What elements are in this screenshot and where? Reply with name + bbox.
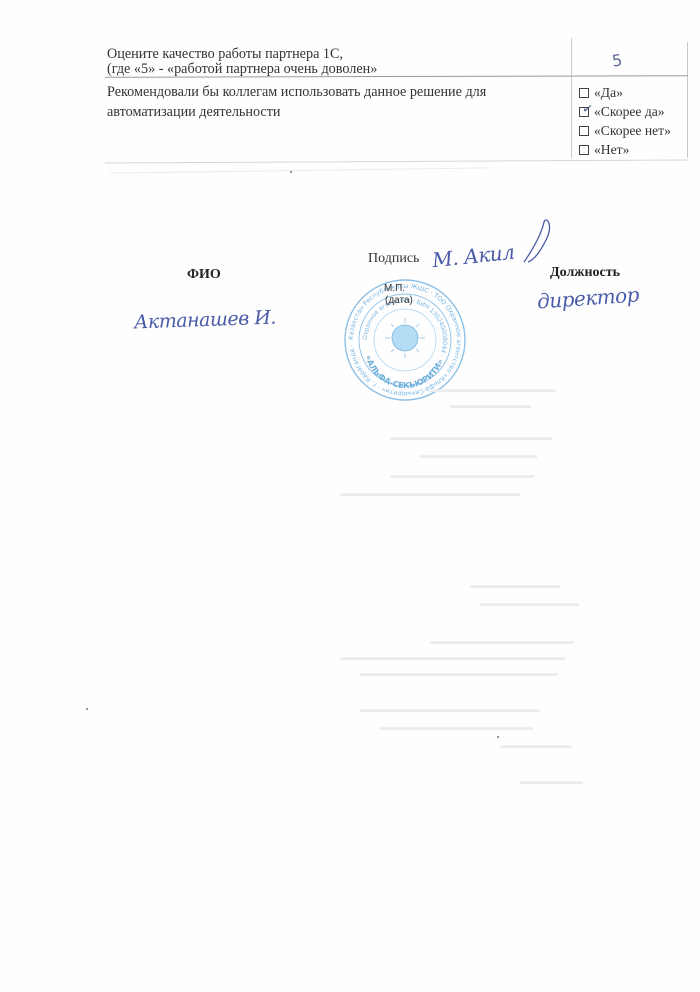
option-rather-no-label: «Скорее нет» — [594, 123, 671, 139]
fio-handwritten: Актанашев И. — [134, 307, 277, 334]
signature-label: Подпись — [368, 251, 419, 267]
show-through-text: ▬▬▬▬▬▬▬▬▬▬▬▬▬▬▬▬▬▬▬▬▬▬ — [360, 668, 558, 678]
option-rather-yes[interactable]: ✓ «Скорее да» — [579, 104, 665, 120]
fio-label: ФИО — [187, 267, 221, 283]
option-yes[interactable]: «Да» — [579, 85, 623, 101]
table-bottom-border — [105, 159, 688, 163]
show-through-text: ▬▬▬▬▬▬▬▬▬▬▬ — [480, 598, 579, 608]
show-through-text: ▬▬▬▬▬▬▬▬▬▬▬▬▬▬▬▬▬▬▬▬▬▬▬▬▬ — [340, 652, 565, 662]
quality-rating-handwritten: 5 — [611, 50, 624, 70]
show-through-text: ▬▬▬▬▬▬▬▬▬▬ — [470, 580, 560, 590]
checkbox-icon[interactable] — [579, 88, 589, 98]
option-no-label: «Нет» — [594, 142, 629, 158]
signature-handwritten: М. Акил — [431, 240, 515, 272]
table-column-divider — [571, 38, 572, 158]
checkbox-icon[interactable] — [579, 145, 589, 155]
table-right-border — [687, 42, 688, 158]
show-through-text: ▬▬▬▬▬▬▬▬ — [500, 740, 572, 750]
scan-speck — [290, 171, 292, 173]
show-through-text: ▬▬▬▬▬▬▬▬▬▬▬▬▬▬▬▬▬▬ — [390, 432, 552, 442]
scanned-document-page: Оцените качество работы партнера 1С, (гд… — [0, 0, 700, 992]
check-mark-icon: ✓ — [581, 101, 595, 119]
show-through-text: ▬▬▬▬▬▬▬▬▬▬▬▬▬▬ — [430, 384, 556, 394]
checkbox-checked-icon[interactable]: ✓ — [579, 107, 589, 117]
scan-speck — [86, 708, 88, 710]
show-through-text: ▬▬▬▬▬▬▬▬▬▬▬▬▬▬▬▬▬▬▬▬ — [360, 704, 540, 714]
option-rather-yes-label: «Скорее да» — [594, 104, 665, 120]
scan-speck — [497, 736, 499, 738]
option-rather-no[interactable]: «Скорее нет» — [579, 123, 671, 139]
show-through-text: ▬▬▬▬▬▬▬▬▬▬▬▬▬ — [420, 450, 537, 460]
option-yes-label: «Да» — [594, 85, 623, 101]
option-no[interactable]: «Нет» — [579, 142, 629, 158]
faint-scan-line — [110, 167, 490, 173]
position-label: Должность — [550, 265, 620, 281]
show-through-text: ▬▬▬▬▬▬▬▬▬▬▬▬▬▬▬▬▬▬▬▬ — [340, 488, 520, 498]
signature-flourish-icon — [520, 218, 556, 266]
checkbox-icon[interactable] — [579, 126, 589, 136]
position-handwritten: директор — [536, 282, 639, 313]
question-recommend-line-2: автоматизации деятельности — [107, 104, 281, 121]
show-through-text: ▬▬▬▬▬▬▬▬▬▬▬▬▬▬▬▬ — [430, 636, 574, 646]
show-through-text: ▬▬▬▬▬▬▬▬▬▬▬▬▬▬▬▬ — [390, 470, 534, 480]
show-through-text: ▬▬▬▬▬▬▬ — [520, 776, 583, 786]
show-through-text: ▬▬▬▬▬▬▬▬▬ — [450, 400, 531, 410]
show-through-text: ▬▬▬▬▬▬▬▬▬▬▬▬▬▬▬▬▬ — [380, 722, 533, 732]
date-label: (дата) — [385, 295, 413, 306]
question-recommend-line-1: Рекомендовали бы коллегам использовать д… — [107, 84, 486, 101]
question-quality-line-2: (где «5» - «работой партнера очень довол… — [107, 61, 377, 78]
stamp-place-label: М.П. — [384, 283, 405, 294]
